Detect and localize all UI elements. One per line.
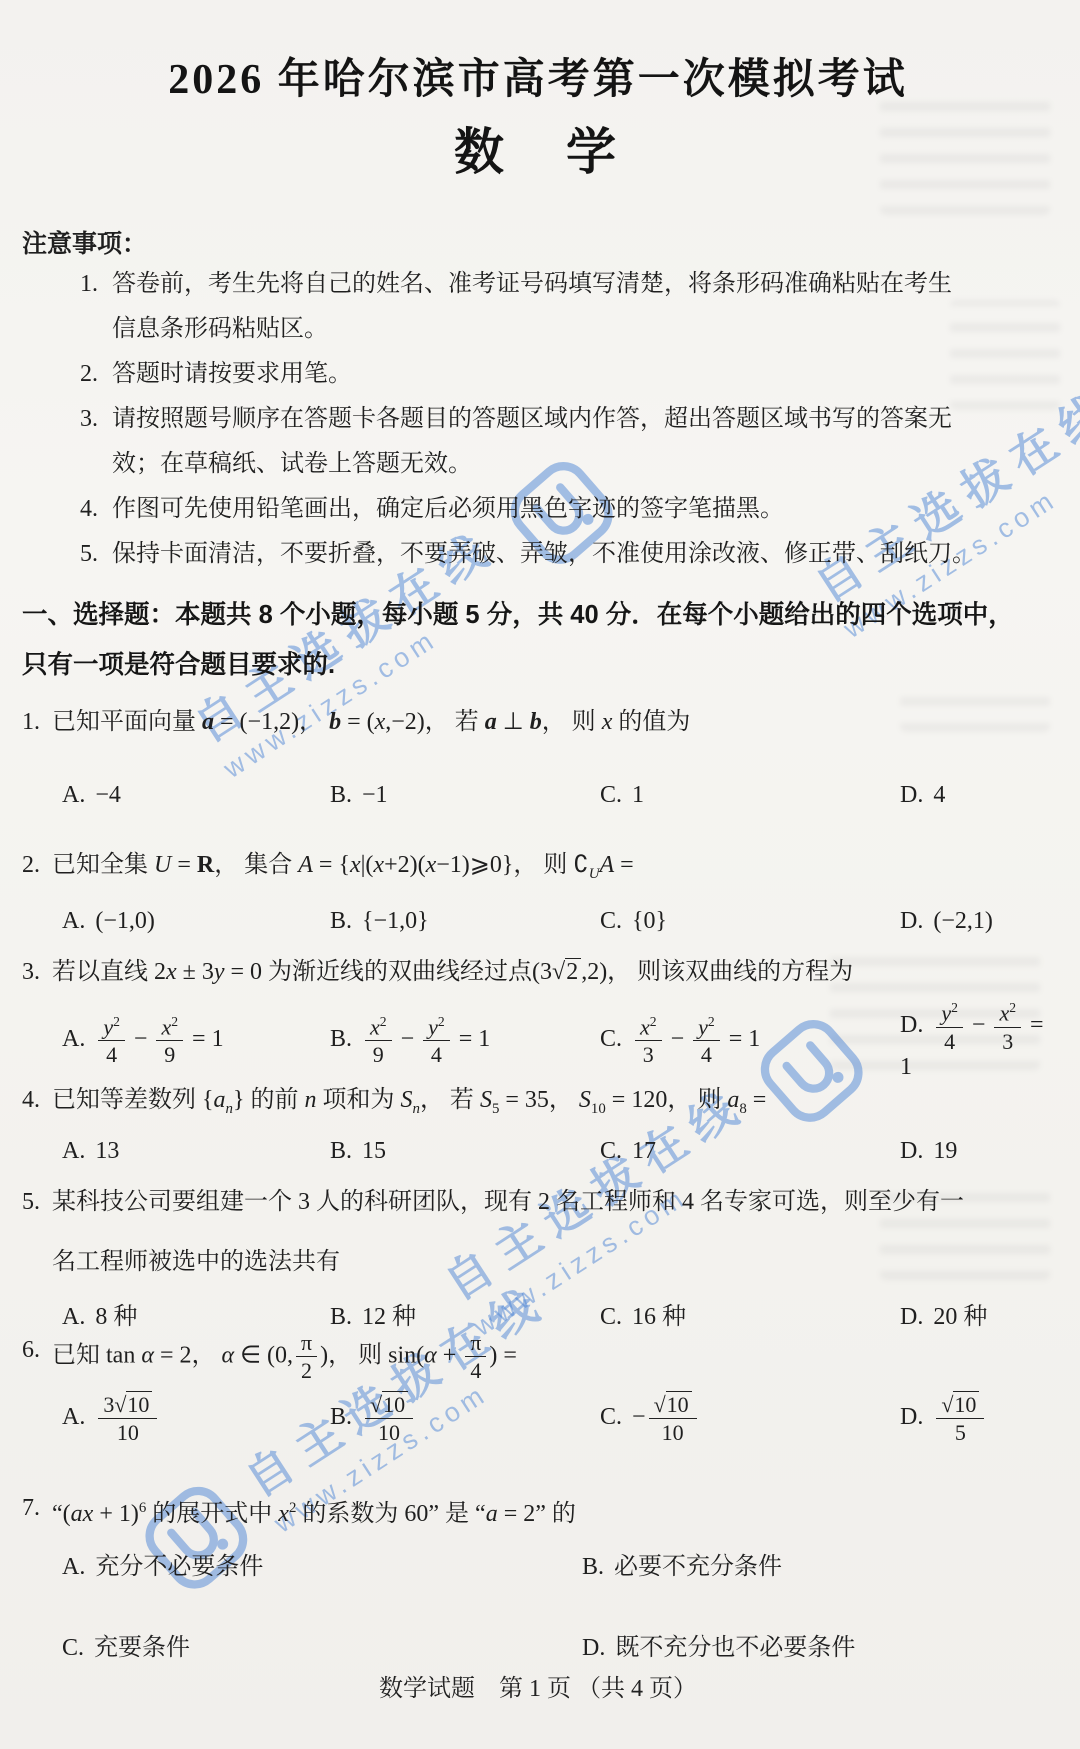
option-value: x29 − y24 = 1 bbox=[362, 1026, 490, 1052]
option-B: B.√1010 bbox=[330, 1392, 600, 1446]
option-label: C. bbox=[600, 1404, 622, 1430]
notice-item: 5. 保持卡面清洁，不要折叠，不要弄破、弄皱，不准使用涂改液、修正带、刮纸刀。 bbox=[22, 532, 1054, 577]
option-label: B. bbox=[330, 1304, 352, 1330]
option-label: D. bbox=[900, 1012, 923, 1038]
notice-text: 作图可先使用铅笔画出，确定后必须用黑色字迹的签字笔描黑。 bbox=[112, 487, 1054, 532]
question-number: 5. bbox=[22, 1172, 52, 1292]
option-label: D. bbox=[900, 1138, 923, 1164]
option-label: D. bbox=[900, 782, 923, 808]
option-C: C.x23 − y24 = 1 bbox=[600, 1014, 900, 1068]
question-2-options: A.(−1,0) B.{−1,0} C.{0} D.(−2,1) bbox=[22, 908, 1054, 935]
option-value: √1010 bbox=[362, 1404, 416, 1430]
option-label: B. bbox=[582, 1554, 604, 1580]
option-C: C.1 bbox=[600, 782, 900, 809]
option-D: D.既不充分也不必要条件 bbox=[582, 1627, 1054, 1662]
notice-text: 答题时请按要求用笔。 bbox=[112, 352, 1054, 397]
question-4-options: A.13 B.15 C.17 D.19 bbox=[22, 1138, 1054, 1165]
question-6-options: A.3√1010 B.√1010 C.−√1010 D.√105 bbox=[22, 1392, 1054, 1446]
option-A: A.3√1010 bbox=[62, 1392, 330, 1446]
option-value: −1 bbox=[362, 782, 388, 808]
option-B: B.12 种 bbox=[330, 1296, 600, 1331]
notice-text: 保持卡面清洁，不要折叠，不要弄破、弄皱，不准使用涂改液、修正带、刮纸刀。 bbox=[112, 532, 1054, 577]
option-value: (−1,0) bbox=[95, 908, 155, 934]
option-value: (−2,1) bbox=[933, 908, 993, 934]
option-C: C.−√1010 bbox=[600, 1392, 900, 1446]
question-number: 1. bbox=[22, 702, 52, 742]
option-C: C.充要条件 bbox=[62, 1627, 582, 1662]
question-stem: 已知全集 U = R， 集合 A = {x|(x+2)(x−1)⩾0}， 则 ∁… bbox=[52, 845, 1054, 894]
option-label: B. bbox=[330, 908, 352, 934]
option-label: C. bbox=[600, 1304, 622, 1330]
option-value: 12 种 bbox=[362, 1304, 416, 1330]
option-label: A. bbox=[62, 908, 85, 934]
option-A: A.8 种 bbox=[62, 1296, 330, 1331]
question-2: 2. 已知全集 U = R， 集合 A = {x|(x+2)(x−1)⩾0}， … bbox=[22, 845, 1054, 894]
option-A: A.(−1,0) bbox=[62, 908, 330, 935]
option-value: 17 bbox=[632, 1138, 656, 1164]
question-1: 1. 已知平面向量 a = (−1,2)， b = (x,−2)， 若 a ⊥ … bbox=[22, 702, 1054, 742]
question-stem: 已知等差数列 {an} 的前 n 项和为 Sn， 若 S5 = 35， S10 … bbox=[52, 1080, 1054, 1129]
option-B: B.{−1,0} bbox=[330, 908, 600, 935]
option-value: 必要不充分条件 bbox=[614, 1554, 782, 1580]
option-value: 既不充分也不必要条件 bbox=[615, 1635, 855, 1661]
option-A: A.−4 bbox=[62, 782, 330, 809]
notice-text: 答卷前，考生先将自己的姓名、准考证号码填写清楚，将条形码准确粘贴在考生信息条形码… bbox=[112, 262, 1054, 352]
option-label: C. bbox=[600, 1138, 622, 1164]
question-number: 3. bbox=[22, 952, 52, 992]
option-value: 充分不必要条件 bbox=[95, 1554, 263, 1580]
question-5-options: A.8 种 B.12 种 C.16 种 D.20 种 bbox=[22, 1296, 1054, 1331]
option-A: A.充分不必要条件 bbox=[62, 1546, 582, 1581]
option-label: A. bbox=[62, 1138, 85, 1164]
notice-heading: 注意事项： bbox=[22, 224, 1054, 260]
option-label: A. bbox=[62, 1404, 85, 1430]
option-C: C.17 bbox=[600, 1138, 900, 1165]
question-number: 4. bbox=[22, 1080, 52, 1129]
notice-item: 4. 作图可先使用铅笔画出，确定后必须用黑色字迹的签字笔描黑。 bbox=[22, 487, 1054, 532]
notice-number: 1. bbox=[64, 262, 98, 352]
option-label: A. bbox=[62, 1026, 85, 1052]
option-label: B. bbox=[330, 1404, 352, 1430]
question-1-options: A.−4 B.−1 C.1 D.4 bbox=[22, 782, 1054, 809]
option-D: D.4 bbox=[900, 782, 1054, 809]
option-C: C.{0} bbox=[600, 908, 900, 935]
option-value: −4 bbox=[95, 782, 121, 808]
option-value: {−1,0} bbox=[362, 908, 429, 934]
option-value: 1 bbox=[632, 782, 644, 808]
option-B: B.必要不充分条件 bbox=[582, 1546, 1054, 1581]
section-heading: 一、选择题：本题共 8 个小题，每小题 5 分，共 40 分．在每个小题给出的四… bbox=[22, 590, 1054, 690]
page-footer: 数学试题 第 1 页 （共 4 页） bbox=[22, 1668, 1054, 1703]
question-7: 7. “(ax + 1)6 的展开式中 x2 的系数为 60” 是 “a = 2… bbox=[22, 1488, 1054, 1534]
question-6: 6. 已知 tan α = 2， α ∈ (0,π2)， 则 sin(α + π… bbox=[22, 1330, 1054, 1384]
notice-number: 5. bbox=[64, 532, 98, 577]
option-value: 15 bbox=[362, 1138, 386, 1164]
option-A: A.13 bbox=[62, 1138, 330, 1165]
subject-title: 数 学 bbox=[22, 112, 1054, 184]
exam-page: { "header": { "exam_title": "2026 年哈尔滨市高… bbox=[0, 0, 1080, 1749]
question-4: 4. 已知等差数列 {an} 的前 n 项和为 Sn， 若 S5 = 35， S… bbox=[22, 1080, 1054, 1129]
option-label: B. bbox=[330, 1026, 352, 1052]
exam-title: 2026 年哈尔滨市高考第一次模拟考试 bbox=[22, 46, 1054, 106]
option-label: C. bbox=[600, 908, 622, 934]
notice-number: 3. bbox=[64, 397, 98, 487]
option-label: A. bbox=[62, 1304, 85, 1330]
notice-number: 2. bbox=[64, 352, 98, 397]
question-stem: 已知 tan α = 2， α ∈ (0,π2)， 则 sin(α + π4) … bbox=[52, 1330, 1054, 1384]
option-label: D. bbox=[900, 1404, 923, 1430]
question-stem: 已知平面向量 a = (−1,2)， b = (x,−2)， 若 a ⊥ b， … bbox=[52, 702, 1054, 742]
option-label: B. bbox=[330, 782, 352, 808]
question-number: 2. bbox=[22, 845, 52, 894]
option-value: √105 bbox=[933, 1404, 987, 1430]
question-stem: 某科技公司要组建一个 3 人的科研团队，现有 2 名工程师和 4 名专家可选，则… bbox=[52, 1172, 1054, 1292]
notice-number: 4. bbox=[64, 487, 98, 532]
option-D: D.20 种 bbox=[900, 1296, 1054, 1331]
question-7-options: A.充分不必要条件 B.必要不充分条件 C.充要条件 D.既不充分也不必要条件 bbox=[22, 1546, 1054, 1662]
notice-item: 3. 请按照题号顺序在答题卡各题目的答题区域内作答，超出答题区域书写的答案无效；… bbox=[22, 397, 1054, 487]
option-value: 16 种 bbox=[632, 1304, 686, 1330]
option-value: y24 − x29 = 1 bbox=[95, 1026, 223, 1052]
option-A: A.y24 − x29 = 1 bbox=[62, 1014, 330, 1068]
question-number: 6. bbox=[22, 1330, 52, 1384]
option-B: B.15 bbox=[330, 1138, 600, 1165]
option-value: 13 bbox=[95, 1138, 119, 1164]
option-label: D. bbox=[900, 1304, 923, 1330]
option-D: D.(−2,1) bbox=[900, 908, 1054, 935]
option-value: {0} bbox=[632, 908, 667, 934]
option-B: B.−1 bbox=[330, 782, 600, 809]
option-label: A. bbox=[62, 782, 85, 808]
option-value: 3√1010 bbox=[95, 1404, 160, 1430]
question-stem: 若以直线 2x ± 3y = 0 为渐近线的双曲线经过点(3√2,2)， 则该双… bbox=[52, 952, 1054, 992]
option-label: B. bbox=[330, 1138, 352, 1164]
option-label: C. bbox=[600, 1026, 622, 1052]
option-label: A. bbox=[62, 1554, 85, 1580]
option-value: 8 种 bbox=[95, 1304, 137, 1330]
option-value: −√1010 bbox=[632, 1404, 700, 1430]
notice-item: 2. 答题时请按要求用笔。 bbox=[22, 352, 1054, 397]
option-D: D.19 bbox=[900, 1138, 1054, 1165]
option-value: 4 bbox=[933, 782, 945, 808]
option-C: C.16 种 bbox=[600, 1296, 900, 1331]
option-value: 充要条件 bbox=[94, 1635, 190, 1661]
question-3: 3. 若以直线 2x ± 3y = 0 为渐近线的双曲线经过点(3√2,2)， … bbox=[22, 952, 1054, 992]
option-label: D. bbox=[582, 1635, 605, 1661]
question-number: 7. bbox=[22, 1488, 52, 1534]
option-B: B.x29 − y24 = 1 bbox=[330, 1014, 600, 1068]
option-D: D.√105 bbox=[900, 1392, 1054, 1446]
option-value: 19 bbox=[933, 1138, 957, 1164]
option-value: x23 − y24 = 1 bbox=[632, 1026, 760, 1052]
question-5: 5. 某科技公司要组建一个 3 人的科研团队，现有 2 名工程师和 4 名专家可… bbox=[22, 1172, 1054, 1292]
notice-item: 1. 答卷前，考生先将自己的姓名、准考证号码填写清楚，将条形码准确粘贴在考生信息… bbox=[22, 262, 1054, 352]
option-value: 20 种 bbox=[933, 1304, 987, 1330]
option-label: C. bbox=[62, 1635, 84, 1661]
option-D: D.y24 − x23 = 1 bbox=[900, 1000, 1054, 1081]
notice-text: 请按照题号顺序在答题卡各题目的答题区域内作答，超出答题区域书写的答案无效；在草稿… bbox=[112, 397, 1054, 487]
option-label: C. bbox=[600, 782, 622, 808]
question-stem: “(ax + 1)6 的展开式中 x2 的系数为 60” 是 “a = 2” 的 bbox=[52, 1488, 1054, 1534]
option-label: D. bbox=[900, 908, 923, 934]
question-3-options: A.y24 − x29 = 1 B.x29 − y24 = 1 C.x23 − … bbox=[22, 1000, 1054, 1081]
notice-list: 1. 答卷前，考生先将自己的姓名、准考证号码填写清楚，将条形码准确粘贴在考生信息… bbox=[22, 262, 1054, 577]
